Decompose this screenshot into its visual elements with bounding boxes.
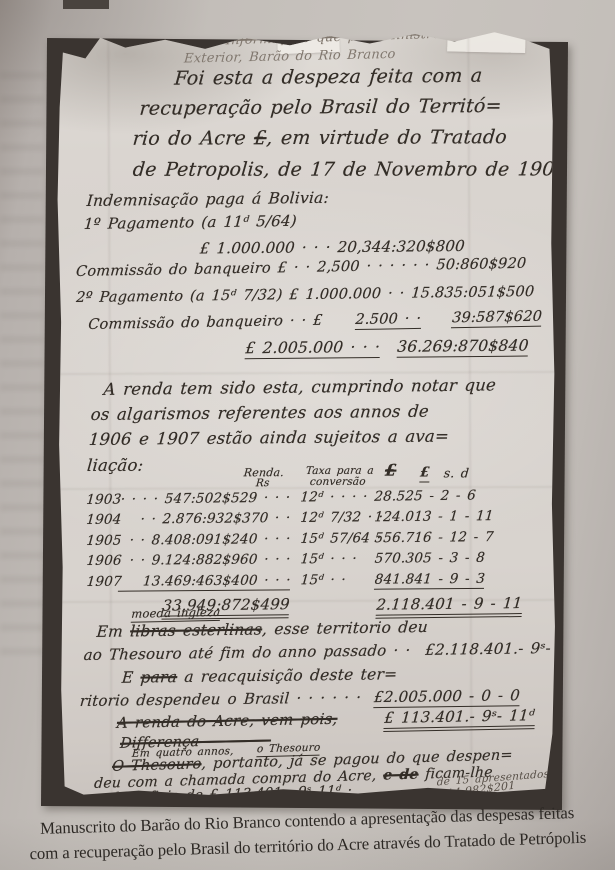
balance-line: ao Thesouro até fim do anno passado · · …	[83, 640, 584, 664]
balance-line: ritorio despendeu o Brasil · · · · · · £…	[79, 687, 520, 709]
tape-piece	[447, 30, 525, 53]
table-header-pound: £	[419, 465, 430, 482]
taxa-cell: 12ᵈ · · · ·	[300, 490, 368, 506]
balance-line: E para a reacquisição deste ter=	[121, 666, 398, 687]
sterling-cell: 28.525 - 2 - 6	[374, 489, 477, 505]
balance-line: Em libras esterlinas, esse territorio de…	[96, 619, 429, 641]
payment-total-line: £ 2.005.000 · · · 36.269:870$840	[245, 338, 530, 358]
pencil-annotation-text: Informações que pelo Ministro do	[225, 26, 464, 48]
payment-amount: 39:587$620	[451, 309, 542, 329]
intro-line: recuperação pelo Brasil do Territó=	[139, 96, 503, 120]
table-row: 1906 · · 9.124:882$960 · · · 15ᵈ · · · 5…	[86, 550, 558, 572]
struck-text: libras esterlinas	[130, 620, 263, 640]
renda-cell: · · · · 547:502$529 · · ·	[118, 491, 291, 508]
intro-line: rio do Acre £, em virtude do Tratado	[132, 127, 508, 150]
pencil-annotation-line: Informações que pelo Ministro do	[225, 27, 464, 49]
table-header-taxa: conversão	[309, 477, 366, 489]
payment-line: 2º Pagamento (a 15ᵈ 7/32) £ 1.000.000 · …	[76, 285, 535, 307]
struck-text: e de	[383, 767, 419, 784]
photo-caption: Manuscrito do Barão do Rio Branco conten…	[3, 799, 611, 867]
photo-edge-mark	[63, 0, 109, 9]
paper-crease	[57, 371, 556, 375]
year-cell: 1906	[86, 554, 122, 569]
pencil-annotation-line: Exterior, Barão do Rio Branco	[183, 48, 395, 67]
year-cell: 1905	[86, 534, 122, 549]
manuscript-paper: Informações que pelo Ministro do Exterio…	[55, 29, 557, 797]
balance-amount: £2.005.000 - 0 - 0	[373, 686, 520, 708]
table-row: 1907 13.469:463$400 · · · 15ᵈ · · 841.84…	[86, 571, 558, 593]
struck-text: O Thesouro	[112, 756, 202, 775]
year-cell: 1903	[86, 493, 122, 508]
revenue-note-line: os algarismos referentes aos annos de	[90, 403, 430, 424]
revenue-note-line: liação:	[86, 457, 144, 475]
inserted-correction: moeda ingleza	[131, 606, 221, 621]
balance-text: a reacquisição deste ter=	[177, 665, 398, 686]
taxa-cell: 15ᵈ · ·	[300, 573, 346, 588]
correction-text: moeda ingleza	[131, 605, 221, 623]
taxa-cell: 15ᵈ · · ·	[300, 552, 357, 567]
balance-text: , esse territorio deu	[261, 618, 428, 638]
intro-text: , em virtude do Tratado	[266, 126, 508, 149]
sterling-cell: 556.716 - 12 - 7	[374, 530, 494, 546]
indemnity-title: Indemnisação paga á Bolivia:	[86, 190, 329, 210]
intro-line: Foi esta a despeza feita com a	[174, 66, 484, 90]
total-milreis: 36.269:870$840	[396, 337, 529, 358]
balance-amount: £ 113.401.- 9ˢ- 11ᵈ	[384, 706, 536, 732]
payment-line: £ 1.000.000 · · · 20,344:320$800	[199, 238, 465, 257]
revenue-note-line: 1906 e 1907 estão ainda sujeitos a ava=	[88, 427, 450, 449]
renda-cell: · · 8.408:091$240 · · ·	[118, 532, 291, 549]
taxa-cell: 15ᵈ 57/64 ·	[300, 531, 382, 547]
payment-text: Commissão do banqueiro · · £	[88, 313, 323, 333]
bleed-through-text	[0, 55, 44, 655]
renda-cell: · · 2.876:932$370 · ·	[118, 511, 291, 528]
balance-text: E	[121, 669, 141, 687]
balance-text: Em	[96, 622, 131, 641]
table-row: 1904 · · 2.876:932$370 · · 12ᵈ 7/32 · · …	[86, 508, 558, 531]
balance-text: ao Thesouro até fim do anno passado · ·	[83, 641, 411, 664]
payment-amount: 2.500 · ·	[355, 311, 422, 330]
payment-line: 1º Pagamento (a 11ᵈ 5/64)	[83, 213, 297, 233]
intro-line: de Petropolis, de 17 de Novembro de 1903…	[132, 159, 574, 180]
taxa-cell: 12ᵈ 7/32 · ·	[300, 510, 384, 526]
renda-cell: · · 9.124:882$960 · · ·	[118, 552, 291, 568]
revenue-note-line: A renda tem sido esta, cumprindo notar q…	[103, 376, 497, 399]
renda-cell: 13.469:463$400 · · ·	[118, 573, 291, 591]
balance-line: A renda do Acre, vem pois, £ 113.401.- 9…	[116, 707, 535, 731]
table-row: 1905 · · 8.408:091$240 · · · 15ᵈ 57/64 ·…	[86, 529, 558, 552]
intro-text: rio do Acre	[132, 127, 255, 150]
total-sterling-value: 2.118.401 - 9 - 11	[375, 594, 523, 619]
year-cell: 1904	[86, 513, 122, 528]
total-pounds: £ 2.005.000 · · ·	[245, 338, 381, 359]
year-cell: 1907	[86, 575, 122, 590]
table-header-rs: Rs	[255, 478, 270, 490]
table-total-sterling: 2.118.401 - 9 - 11	[376, 595, 523, 613]
sterling-cell: 841.841 - 9 - 3	[374, 572, 486, 590]
sterling-cell: 124.013 - 1 - 11	[374, 509, 494, 525]
balance-text: ritorio despendeu o Brasil · · · · · ·	[79, 688, 369, 710]
table-header-pound-struck: £	[384, 462, 397, 480]
struck-text: A renda do Acre, vem pois,	[116, 710, 338, 732]
payment-line: Commissão do banqueiro · · £ 2.500 · · 3…	[88, 310, 543, 334]
payment-line: Commissão do banqueiro £ · · 2,500 · · ·…	[75, 257, 526, 281]
sterling-cell: 570.305 - 3 - 8	[374, 551, 486, 567]
struck-text: para	[140, 668, 178, 686]
table-header-sd: s. d	[443, 466, 469, 480]
